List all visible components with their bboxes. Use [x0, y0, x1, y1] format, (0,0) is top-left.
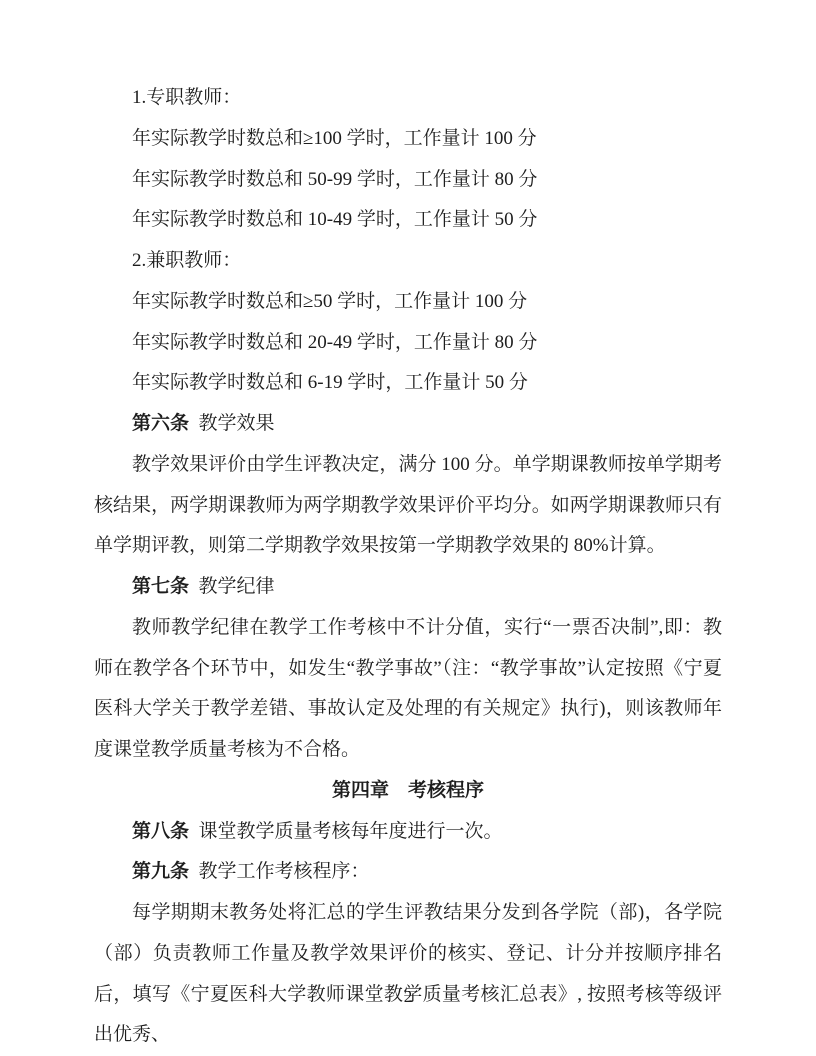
- list-line: 2.兼职教师：: [94, 241, 722, 282]
- body-paragraph: 教师教学纪律在教学工作考核中不计分值，实行“一票否决制”,即：教师在教学各个环节…: [94, 608, 722, 771]
- article-paragraph: 第九条教学工作考核程序：: [94, 852, 722, 893]
- list-line: 年实际教学时数总和≥100 学时，工作量计 100 分: [94, 119, 722, 160]
- article-paragraph: 第八条课堂教学质量考核每年度进行一次。: [94, 812, 722, 853]
- article-label: 第九条: [132, 861, 189, 882]
- chapter-heading: 第四章 考核程序: [94, 771, 722, 812]
- list-line: 年实际教学时数总和 10-49 学时，工作量计 50 分: [94, 200, 722, 241]
- article-label: 第七条: [132, 576, 189, 597]
- body-paragraph: 每学期期末教务处将汇总的学生评教结果分发到各学院（部)，各学院（部）负责教师工作…: [94, 893, 722, 1056]
- list-line: 1.专职教师：: [94, 78, 722, 119]
- article-paragraph: 第七条教学纪律: [94, 567, 722, 608]
- article-paragraph: 第六条教学效果: [94, 404, 722, 445]
- list-line: 年实际教学时数总和 6-19 学时，工作量计 50 分: [94, 363, 722, 404]
- article-label: 第八条: [132, 821, 189, 842]
- list-line: 年实际教学时数总和≥50 学时，工作量计 100 分: [94, 282, 722, 323]
- article-label: 第六条: [132, 413, 189, 434]
- document-page-body: 1.专职教师：年实际教学时数总和≥100 学时，工作量计 100 分年实际教学时…: [94, 78, 722, 1056]
- list-line: 年实际教学时数总和 20-49 学时，工作量计 80 分: [94, 323, 722, 364]
- list-line: 年实际教学时数总和 50-99 学时，工作量计 80 分: [94, 160, 722, 201]
- article-text: 教学工作考核程序：: [199, 861, 370, 882]
- article-text: 课堂教学质量考核每年度进行一次。: [199, 821, 503, 842]
- article-text: 教学效果: [199, 413, 275, 434]
- article-text: 教学纪律: [199, 576, 275, 597]
- page-number: 2: [0, 986, 816, 1008]
- body-paragraph: 教学效果评价由学生评教决定，满分 100 分。单学期课教师按单学期考核结果，两学…: [94, 445, 722, 567]
